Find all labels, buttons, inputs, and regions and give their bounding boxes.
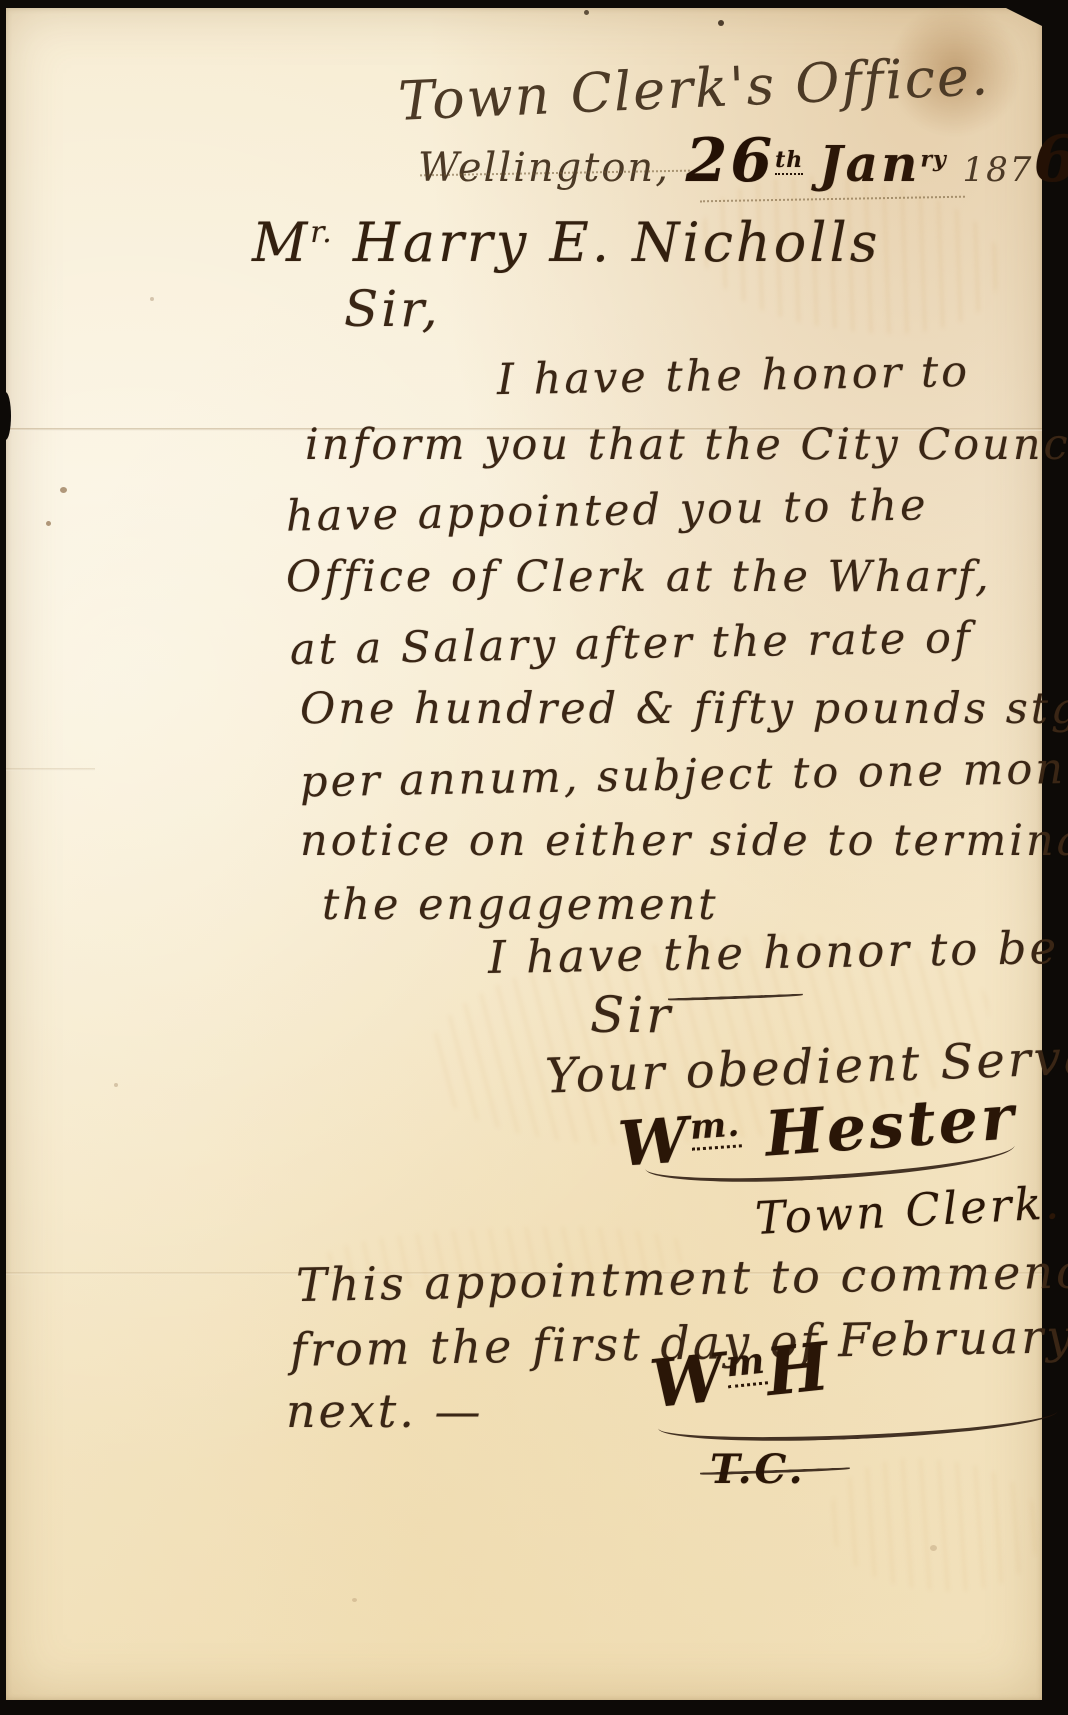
- scan-edge-left: [0, 0, 6, 1715]
- closing-sir: Sir: [590, 990, 673, 1040]
- date-month-suffix: ry: [920, 147, 946, 173]
- body-line: the engagement: [322, 884, 719, 927]
- date-month: Jan: [819, 134, 920, 193]
- closing-honor-line: I have the honor to be: [488, 925, 1060, 980]
- date-day-suffix: th: [775, 147, 803, 175]
- ink-speck: [46, 521, 51, 526]
- crease-left: [0, 768, 95, 771]
- body-line: One hundred & fifty pounds stg: [300, 688, 1068, 731]
- letterhead-place: Wellington,: [418, 145, 670, 191]
- ink-speck: [150, 297, 154, 301]
- recipient-prefix: M: [252, 211, 310, 274]
- scan-edge-notch: [0, 392, 11, 440]
- scan-edge-top: [0, 0, 1068, 8]
- recipient-line: Mr. Harry E. Nicholls: [252, 216, 880, 270]
- date-line: Wellington, 26th Janry 1876.: [418, 128, 1068, 192]
- date-day: 26: [686, 126, 776, 196]
- date-year-digit: 6: [1033, 122, 1068, 197]
- body-line: at a Salary after the rate of: [290, 617, 974, 672]
- scan-edge-bottom: [0, 1700, 1068, 1715]
- body-line: Office of Clerk at the Wharf,: [286, 556, 992, 599]
- body-line: notice on either side to terminate: [300, 820, 1068, 863]
- ink-speck: [114, 1083, 118, 1087]
- letter-scan: Town Clerk's Office. Wellington, 26th Ja…: [0, 0, 1068, 1715]
- postscript-initial-h: H: [762, 1327, 835, 1411]
- date-year-printed: 187: [963, 150, 1034, 190]
- postscript-line: next. —: [286, 1388, 484, 1434]
- recipient-prefix-suffix: r.: [310, 215, 332, 250]
- ink-speck: [584, 10, 589, 15]
- body-line: I have the honor to: [497, 351, 971, 402]
- body-line: per annum, subject to one months: [300, 747, 1068, 805]
- salutation: Sir,: [344, 284, 441, 334]
- ink-speck: [352, 1598, 357, 1602]
- ink-speck: [718, 20, 724, 26]
- body-line: inform you that the City Council: [305, 424, 1068, 467]
- body-line: have appointed you to the: [286, 484, 929, 538]
- recipient-name: Harry E. Nicholls: [333, 211, 881, 274]
- postscript-initial-sup: m: [724, 1339, 768, 1389]
- ink-speck: [60, 487, 67, 493]
- postscript-line: This appointment to commence: [296, 1248, 1068, 1308]
